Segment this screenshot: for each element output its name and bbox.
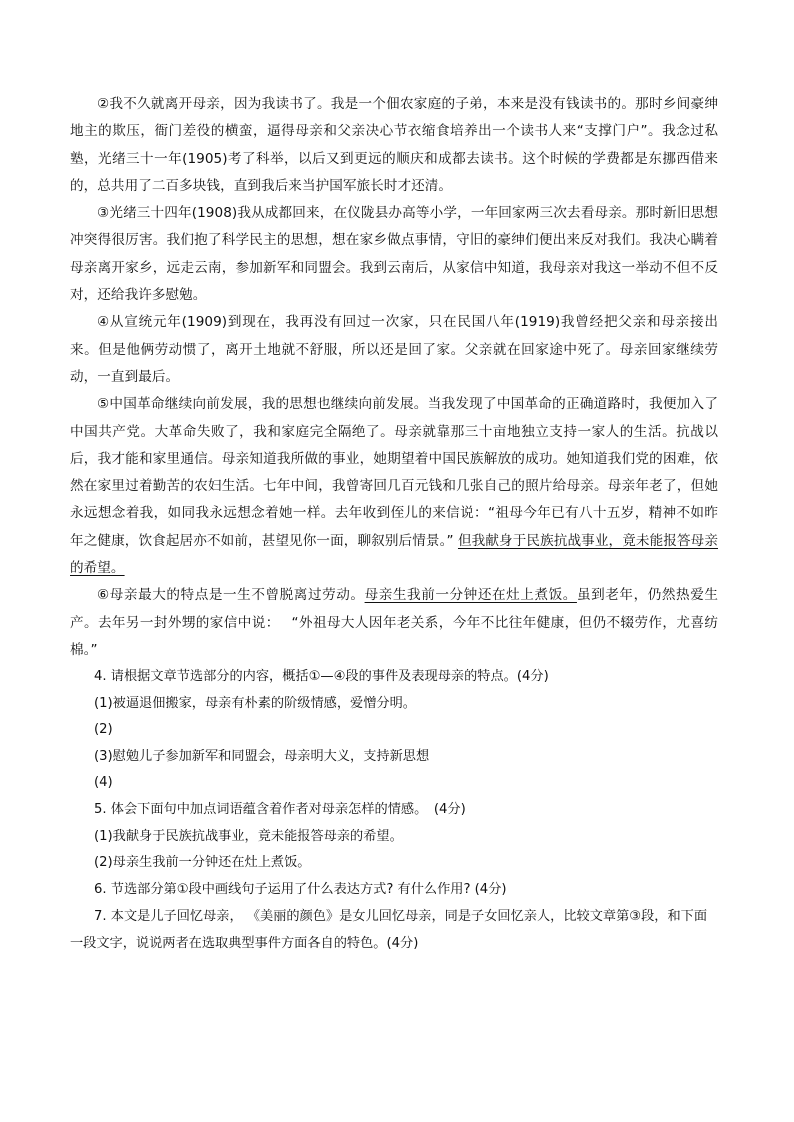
question-7-stem: 7. 本文是儿子回忆母亲， 《美丽的颜色》是女儿回忆母亲，同是子女回忆亲人，比较… xyxy=(70,903,718,957)
question-4-answer-3: (3)慰勉儿子参加新军和同盟会，母亲明大义，支持新思想 xyxy=(70,744,718,771)
question-4-stem: 4. 请根据文章节选部分的内容，概括①—④段的事件及表现母亲的特点。(4分) xyxy=(70,664,718,691)
paragraph-2-text: ②我不久就离开母亲，因为我读书了。我是一个佃农家庭的子弟，本来是没有钱读书的。那… xyxy=(70,96,718,194)
paragraph-4: ④从宣统元年(1909)到现在，我再没有回过一次家，只在民国八年(1919)我曾… xyxy=(70,309,718,391)
question-6-stem: 6. 节选部分第①段中画线句子运用了什么表达方式? 有什么作用? (4分) xyxy=(70,877,718,904)
paragraph-5-text: ⑤中国革命继续向前发展，我的思想也继续向前发展。当我发现了中国革命的正确道路时，… xyxy=(70,396,718,548)
questions-section: 4. 请根据文章节选部分的内容，概括①—④段的事件及表现母亲的特点。(4分) (… xyxy=(70,664,718,957)
paragraph-3-text: ③光绪三十四年(1908)我从成都回来，在仪陇县办高等小学，一年回家两三次去看母… xyxy=(70,205,718,303)
question-4-answer-4: (4) xyxy=(70,770,718,797)
paragraph-4-text: ④从宣统元年(1909)到现在，我再没有回过一次家，只在民国八年(1919)我曾… xyxy=(70,314,718,385)
paragraph-6: ⑥母亲最大的特点是一生不曾脱离过劳动。母亲生我前一分钟还在灶上煮饭。虽到老年，仍… xyxy=(70,582,718,664)
question-5-stem: 5. 体会下面句中加点词语蕴含着作者对母亲怎样的情感。 (4分) xyxy=(70,797,718,824)
paragraph-5: ⑤中国革命继续向前发展，我的思想也继续向前发展。当我发现了中国革命的正确道路时，… xyxy=(70,391,718,582)
question-5-item-2: (2)母亲生我前一分钟还在灶上煮饭。 xyxy=(70,850,718,877)
paragraph-3: ③光绪三十四年(1908)我从成都回来，在仪陇县办高等小学，一年回家两三次去看母… xyxy=(70,200,718,309)
passage: ②我不久就离开母亲，因为我读书了。我是一个佃农家庭的子弟，本来是没有钱读书的。那… xyxy=(70,91,718,664)
question-5-item-1: (1)我献身于民族抗战事业，竟未能报答母亲的希望。 xyxy=(70,824,718,851)
question-4-answer-1: (1)被逼退佃搬家，母亲有朴素的阶级情感，爱憎分明。 xyxy=(70,691,718,718)
question-4-answer-2: (2) xyxy=(70,717,718,744)
paragraph-2: ②我不久就离开母亲，因为我读书了。我是一个佃农家庭的子弟，本来是没有钱读书的。那… xyxy=(70,91,718,200)
paragraph-6-underlined-sentence: 母亲生我前一分钟还在灶上煮饭。 xyxy=(365,587,577,603)
paragraph-6-text-start: ⑥母亲最大的特点是一生不曾脱离过劳动。 xyxy=(97,587,365,603)
